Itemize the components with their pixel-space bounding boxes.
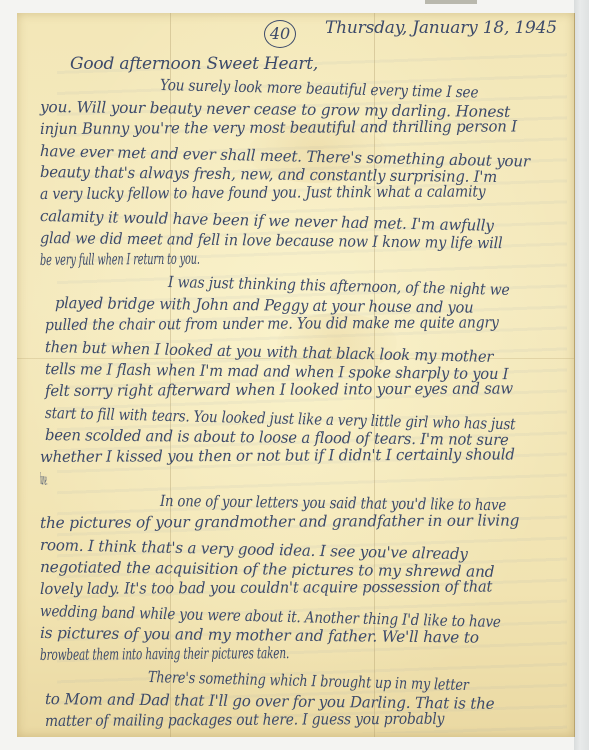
letter-line: felt sorry right afterward when I looked…	[45, 379, 513, 400]
letter-line: browbeat them into having their pictures…	[40, 644, 289, 664]
letter-line: injun Bunny you're the very most beautif…	[40, 117, 517, 138]
letter-line: the pictures of your grandmother and gra…	[40, 511, 519, 532]
page-number: 40	[264, 20, 296, 48]
letter-line: whether I kissed you then or not but if …	[40, 445, 515, 466]
letter-salutation: Good afternoon Sweet Heart,	[70, 54, 318, 74]
letter-line: matter of mailing packages out here. I g…	[45, 710, 444, 730]
letter-line: have.	[40, 470, 47, 489]
letter-line: be very full when I return to you.	[40, 250, 200, 269]
letter-line: lovely lady. It's too bad you couldn't a…	[40, 577, 492, 598]
scanner-backdrop	[574, 0, 589, 750]
letter-line: pulled the chair out from under me. You …	[45, 313, 499, 334]
scanner-tab	[425, 0, 477, 4]
letter-line: a very lucky fellow to have found you. J…	[40, 182, 486, 203]
letter-date: Thursday, January 18, 1945	[325, 18, 557, 38]
